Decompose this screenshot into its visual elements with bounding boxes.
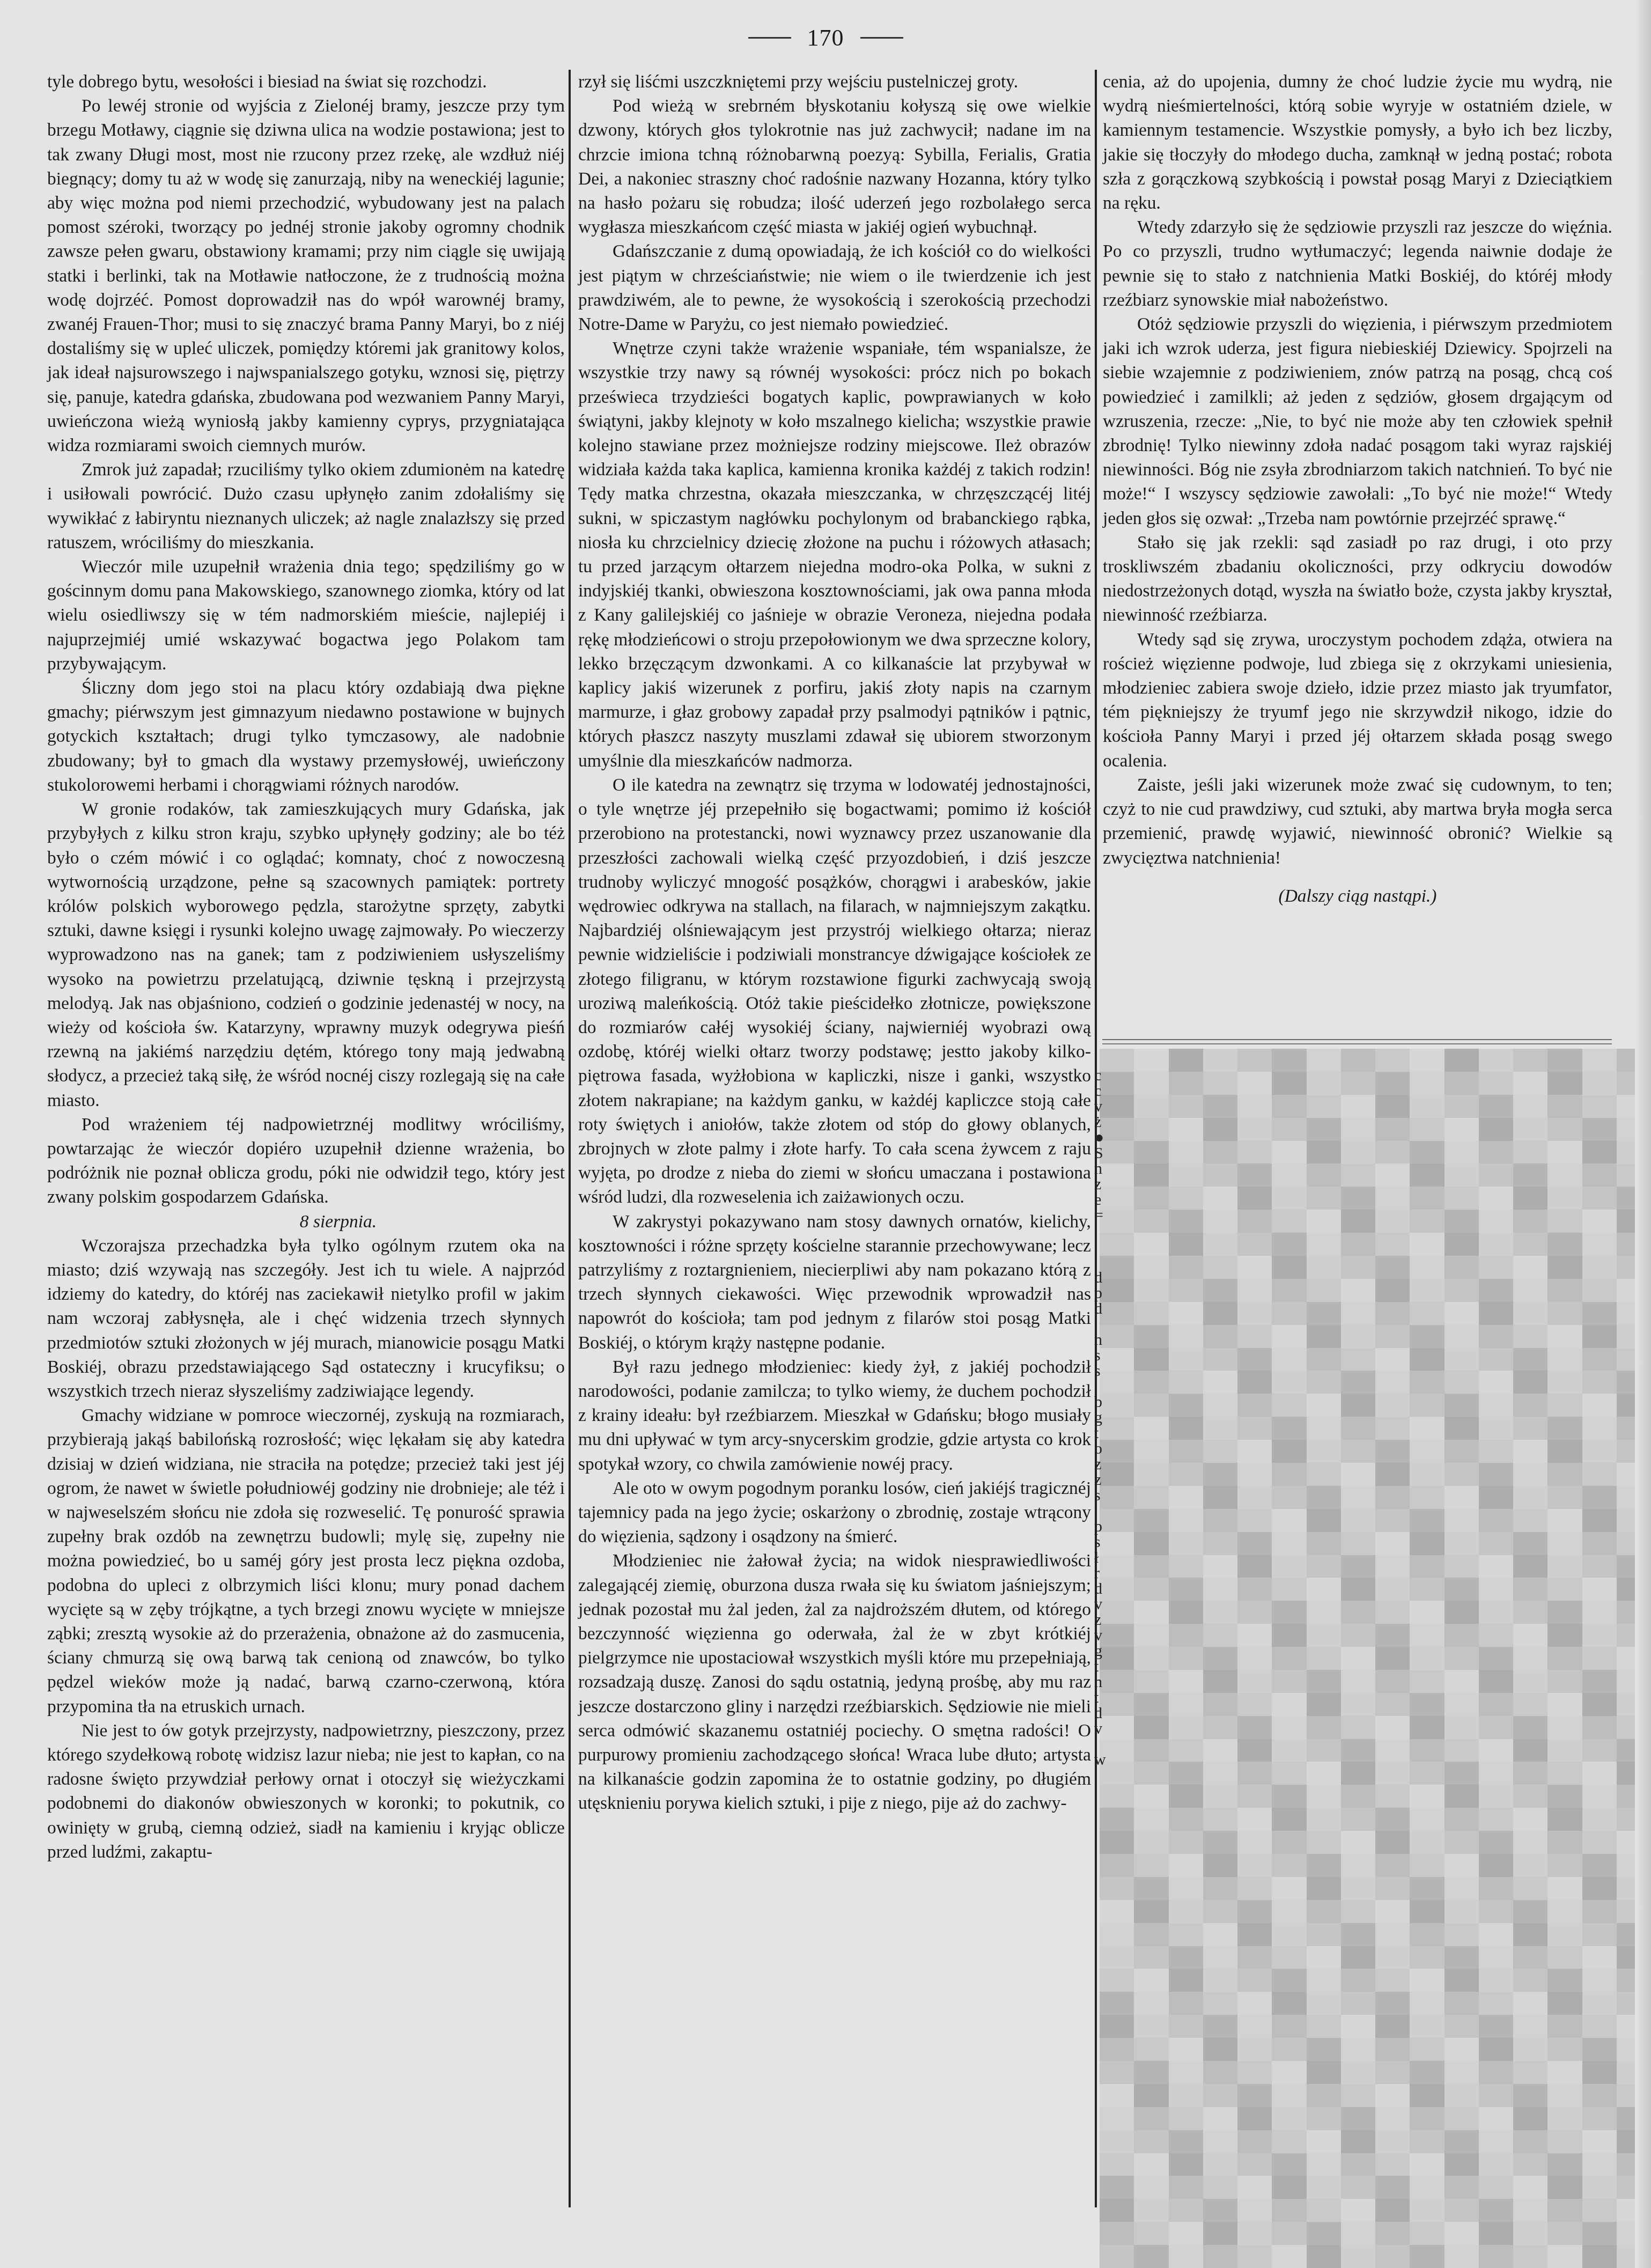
stray-letter: n: [1094, 1332, 1110, 1347]
pixel-cell: [1169, 1647, 1203, 1670]
pixel-cell: [1134, 1854, 1168, 1877]
pixel-cell: [1513, 1394, 1547, 1417]
pixel-cell: [1547, 1394, 1582, 1417]
pixel-cell: [1169, 1555, 1203, 1578]
pixel-cell: [1479, 1118, 1513, 1141]
pixel-cell: [1375, 1808, 1410, 1831]
pixel-cell: [1237, 1509, 1272, 1532]
pixel-cell: [1547, 1164, 1582, 1187]
pixel-cell: [1307, 1762, 1341, 1785]
pixel-cell: [1444, 1785, 1479, 1808]
pixel-cell: [1134, 1739, 1168, 1762]
pixel-cell: [1134, 1992, 1168, 2015]
column-divider-1: [569, 70, 571, 2207]
pixel-cell: [1444, 1302, 1479, 1325]
pixel-cell: [1169, 1670, 1203, 1693]
pixel-cell: [1547, 2176, 1582, 2199]
pixel-cell: [1307, 1877, 1341, 1900]
pixel-cell: [1547, 1325, 1582, 1348]
pixel-cell: [1134, 2084, 1168, 2107]
pixel-cell: [1307, 2061, 1341, 2084]
pixel-cell: [1237, 1187, 1272, 1210]
pixel-cell: [1582, 1532, 1617, 1555]
pixel-cell: [1513, 1279, 1547, 1302]
pixel-cell: [1307, 1141, 1341, 1164]
pixel-cell: [1169, 1716, 1203, 1739]
pixel-cell: [1341, 1992, 1375, 2015]
pixel-cell: [1341, 1440, 1375, 1463]
pixel-cell: [1169, 1624, 1203, 1647]
pixel-cell: [1375, 1670, 1410, 1693]
pixel-cell: [1203, 1486, 1237, 1509]
pixel-cell: [1134, 1578, 1168, 1601]
pixel-cell: [1375, 1371, 1410, 1394]
pixel-cell: [1341, 1233, 1375, 1256]
pixel-cell: [1547, 1808, 1582, 1831]
pixel-cell: [1444, 1509, 1479, 1532]
pixel-cell: [1169, 1578, 1203, 1601]
pixel-cell: [1237, 2084, 1272, 2107]
stray-letter: s: [1094, 1488, 1110, 1503]
pixel-cell: [1237, 1394, 1272, 1417]
pixel-cell: [1375, 1877, 1410, 1900]
pixel-cell: [1237, 1946, 1272, 1969]
pixel-cell: [1134, 1187, 1168, 1210]
pixel-cell: [1203, 1739, 1237, 1762]
pixel-cell: [1203, 1900, 1237, 1923]
pixel-cell: [1100, 2222, 1134, 2245]
pixel-cell: [1375, 2015, 1410, 2038]
pixel-cell: [1479, 1555, 1513, 1578]
pixel-cell: [1169, 1256, 1203, 1279]
pixel-cell: [1479, 2015, 1513, 2038]
pixel-cell: [1203, 1647, 1237, 1670]
pixel-cell: [1134, 1394, 1168, 1417]
pixel-cell: [1375, 1440, 1410, 1463]
pixel-cell: [1479, 2199, 1513, 2222]
pixel-cell: [1444, 1854, 1479, 1877]
pixel-cell: [1410, 1647, 1444, 1670]
pixel-cell: [1272, 1279, 1306, 1302]
stray-letter: [1094, 1223, 1110, 1239]
pixel-cell: [1582, 1739, 1617, 1762]
pixel-cell: [1169, 1877, 1203, 1900]
pixel-cell: [1375, 1302, 1410, 1325]
pixel-cell: [1513, 1647, 1547, 1670]
pixel-cell: [1169, 2015, 1203, 2038]
pixel-cell: [1410, 2015, 1444, 2038]
pixel-cell: [1582, 1141, 1617, 1164]
pixel-cell: [1547, 1670, 1582, 1693]
pixel-cell: [1479, 2245, 1513, 2268]
pixel-cell: [1134, 1900, 1168, 1923]
pixel-cell: [1582, 2153, 1617, 2176]
pixel-cell: [1513, 1325, 1547, 1348]
pixel-cell: [1479, 2084, 1513, 2107]
pixel-cell: [1479, 1670, 1513, 1693]
pixel-cell: [1479, 1486, 1513, 1509]
pixel-cell: [1169, 1486, 1203, 1509]
pixel-cell: [1272, 1325, 1306, 1348]
pixel-cell: [1479, 1900, 1513, 1923]
pixel-cell: [1134, 1049, 1168, 1072]
pixel-cell: [1203, 2084, 1237, 2107]
pixel-cell: [1341, 1187, 1375, 1210]
paragraph: Młodzieniec nie żałował życia; na widok …: [578, 1549, 1091, 1815]
pixel-cell: [1479, 1233, 1513, 1256]
pixel-cell: [1341, 1118, 1375, 1141]
pixel-cell: [1444, 2061, 1479, 2084]
pixel-cell: [1547, 1624, 1582, 1647]
pixel-cell: [1237, 1141, 1272, 1164]
pixel-cell: [1237, 1371, 1272, 1394]
pixel-cell: [1272, 1095, 1306, 1118]
pixel-cell: [1582, 1417, 1617, 1440]
pixel-cell: [1134, 1325, 1168, 1348]
pixel-cell: [1237, 1762, 1272, 1785]
pixel-cell: [1582, 1693, 1617, 1716]
pixel-cell: [1307, 1049, 1341, 1072]
pixel-cell: [1134, 1555, 1168, 1578]
pixel-cell: [1375, 1417, 1410, 1440]
pixel-cell: [1375, 1187, 1410, 1210]
pixel-cell: [1513, 1808, 1547, 1831]
pixel-cell: [1307, 1900, 1341, 1923]
pixel-cell: [1134, 1463, 1168, 1486]
pixel-cell: [1100, 2015, 1134, 2038]
pixel-cell: [1582, 1877, 1617, 1900]
pixel-cell: [1134, 2222, 1168, 2245]
pixel-cell: [1375, 1463, 1410, 1486]
pixel-cell: [1479, 1440, 1513, 1463]
pixel-cell: [1444, 1348, 1479, 1371]
pixel-cell: [1237, 1164, 1272, 1187]
pixel-cell: [1169, 2222, 1203, 2245]
pixel-cell: [1341, 1808, 1375, 1831]
pixel-cell: [1444, 2199, 1479, 2222]
pixel-cell: [1547, 1440, 1582, 1463]
pixel-cell: [1341, 1049, 1375, 1072]
pixel-cell: [1100, 2199, 1134, 2222]
pixel-cell: [1237, 1969, 1272, 1992]
paragraph: Wnętrze czyni także wrażenie wspaniałe, …: [578, 336, 1091, 773]
pixel-cell: [1547, 1923, 1582, 1946]
pixel-cell: [1375, 1831, 1410, 1854]
stray-letter: c: [1094, 1083, 1110, 1099]
pixel-cell: [1479, 1624, 1513, 1647]
pixel-cell: [1513, 1187, 1547, 1210]
paragraph: Śliczny dom jego stoi na placu który ozd…: [47, 676, 565, 797]
pixel-cell: [1169, 1164, 1203, 1187]
pixel-cell: [1341, 2061, 1375, 2084]
pixel-cell: [1272, 1555, 1306, 1578]
pixel-cell: [1272, 1670, 1306, 1693]
pixel-cell: [1134, 2176, 1168, 2199]
pixel-cell: [1341, 2107, 1375, 2130]
pixel-cell: [1444, 1670, 1479, 1693]
pixel-cell: [1203, 1578, 1237, 1601]
pixel-cell: [1134, 1785, 1168, 1808]
pixel-cell: [1444, 1325, 1479, 1348]
pixel-cell: [1203, 1279, 1237, 1302]
pixel-cell: [1375, 1256, 1410, 1279]
pixel-cell: [1203, 1095, 1237, 1118]
pixel-cell: [1479, 1808, 1513, 1831]
pixel-cell: [1547, 2061, 1582, 2084]
pixel-cell: [1341, 1164, 1375, 1187]
pixel-cell: [1341, 1762, 1375, 1785]
pixel-cell: [1547, 1946, 1582, 1969]
pixel-cell: [1307, 1555, 1341, 1578]
paragraph: Ale oto w owym pogodnym poranku losów, c…: [578, 1476, 1091, 1549]
paragraph: Był razu jednego młodzieniec: kiedy żył,…: [578, 1355, 1091, 1476]
pixel-cell: [1307, 1670, 1341, 1693]
pixel-cell: [1582, 1992, 1617, 2015]
pixel-cell: [1272, 1486, 1306, 1509]
pixel-cell: [1582, 1555, 1617, 1578]
pixel-cell: [1100, 1969, 1134, 1992]
pixel-cell: [1582, 1716, 1617, 1739]
pixel-cell: [1272, 1693, 1306, 1716]
pixel-cell: [1169, 1693, 1203, 1716]
pixel-cell: [1479, 1072, 1513, 1095]
pixel-cell: [1479, 1095, 1513, 1118]
header-dash-left: [748, 37, 791, 39]
pixel-cell: [1513, 1624, 1547, 1647]
pixel-cell: [1513, 2061, 1547, 2084]
pixel-cell: [1547, 2084, 1582, 2107]
pixel-cell: [1547, 1233, 1582, 1256]
pixel-cell: [1237, 1256, 1272, 1279]
pixel-cell: [1513, 1578, 1547, 1601]
pixel-cell: [1237, 1417, 1272, 1440]
pixel-cell: [1272, 1233, 1306, 1256]
pixel-cell: [1375, 1716, 1410, 1739]
pixel-cell: [1444, 1808, 1479, 1831]
pixel-cell: [1410, 2176, 1444, 2199]
pixel-cell: [1513, 1210, 1547, 1233]
pixel-cell: [1375, 2176, 1410, 2199]
stray-letter: ł: [1094, 1550, 1110, 1565]
pixel-cell: [1444, 2130, 1479, 2153]
pixel-cell: [1203, 1693, 1237, 1716]
pixel-cell: [1444, 1762, 1479, 1785]
pixel-cell: [1169, 1348, 1203, 1371]
pixel-cell: [1410, 1095, 1444, 1118]
pixel-cell: [1375, 1394, 1410, 1417]
pixel-cell: [1444, 1486, 1479, 1509]
pixel-cell: [1100, 2061, 1134, 2084]
pixel-cell: [1479, 1854, 1513, 1877]
pixel-cell: [1272, 1210, 1306, 1233]
pixel-cell: [1410, 2038, 1444, 2061]
pixel-cell: [1134, 2130, 1168, 2153]
pixel-cell: [1444, 2222, 1479, 2245]
pixel-cell: [1203, 1670, 1237, 1693]
pixel-cell: [1547, 1072, 1582, 1095]
pixel-cell: [1341, 1624, 1375, 1647]
pixel-cell: [1169, 1831, 1203, 1854]
pixel-cell: [1513, 1417, 1547, 1440]
pixel-cell: [1341, 1509, 1375, 1532]
pixel-cell: [1479, 1371, 1513, 1394]
pixel-cell: [1444, 2038, 1479, 2061]
pixel-cell: [1169, 1785, 1203, 1808]
stray-letter: s: [1094, 1347, 1110, 1363]
pixel-cell: [1582, 1670, 1617, 1693]
pixel-cell: [1513, 1831, 1547, 1854]
pixel-cell: [1444, 1233, 1479, 1256]
pixel-cell: [1134, 1164, 1168, 1187]
pixel-cell: [1272, 1900, 1306, 1923]
pixel-cell: [1410, 2245, 1444, 2268]
pixel-cell: [1410, 1923, 1444, 1946]
pixel-cell: [1582, 1118, 1617, 1141]
pixel-cell: [1307, 1095, 1341, 1118]
pixel-cell: [1375, 1118, 1410, 1141]
pixel-cell: [1272, 1417, 1306, 1440]
pixel-cell: [1410, 1716, 1444, 1739]
pixel-cell: [1582, 1808, 1617, 1831]
text-column-2: rzył się liśćmi uszczkniętemi przy wejśc…: [578, 70, 1091, 1816]
pixel-cell: [1444, 1440, 1479, 1463]
article-end-rule: [1102, 1039, 1612, 1044]
pixel-cell: [1272, 1992, 1306, 2015]
pixel-cell: [1272, 1463, 1306, 1486]
pixel-cell: [1341, 1463, 1375, 1486]
pixel-cell: [1513, 1992, 1547, 2015]
pixel-cell: [1582, 2015, 1617, 2038]
pixel-cell: [1513, 2176, 1547, 2199]
pixel-cell: [1341, 1141, 1375, 1164]
pixel-cell: [1410, 1785, 1444, 1808]
pixel-cell: [1272, 1969, 1306, 1992]
stray-letter: z: [1094, 1472, 1110, 1488]
pixel-cell: [1444, 1072, 1479, 1095]
pixel-cell: [1582, 1486, 1617, 1509]
pixel-cell: [1582, 2130, 1617, 2153]
paragraph: W zakrystyi pokazywano nam stosy dawnych…: [578, 1210, 1091, 1355]
pixel-cell: [1444, 1831, 1479, 1854]
pixel-cell: [1169, 1509, 1203, 1532]
pixel-cell: [1479, 1302, 1513, 1325]
pixel-cell: [1100, 1992, 1134, 2015]
pixel-cell: [1547, 1509, 1582, 1532]
pixel-cell: [1582, 2176, 1617, 2199]
pixel-cell: [1272, 1647, 1306, 1670]
stray-letter: d: [1094, 1705, 1110, 1721]
pixel-cell: [1100, 1946, 1134, 1969]
pixel-cell: [1169, 2199, 1203, 2222]
pixel-cell: [1100, 2153, 1134, 2176]
pixel-cell: [1582, 2038, 1617, 2061]
pixel-cell: [1375, 1210, 1410, 1233]
pixel-cell: [1410, 1969, 1444, 1992]
pixel-cell: [1169, 2061, 1203, 2084]
pixel-cell: [1547, 2153, 1582, 2176]
pixel-cell: [1341, 1532, 1375, 1555]
pixel-cell: [1513, 2130, 1547, 2153]
pixel-cell: [1237, 1210, 1272, 1233]
pixel-cell: [1272, 1256, 1306, 1279]
pixel-cell: [1134, 1624, 1168, 1647]
stray-letter: e: [1094, 1192, 1110, 1207]
pixel-cell: [1203, 2153, 1237, 2176]
pixel-cell: [1169, 1532, 1203, 1555]
pixel-cell: [1479, 1348, 1513, 1371]
pixel-cell: [1307, 2015, 1341, 2038]
pixel-cell: [1547, 1969, 1582, 1992]
pixel-cell: [1547, 1187, 1582, 1210]
pixel-cell: [1203, 1877, 1237, 1900]
pixel-cell: [1582, 1187, 1617, 1210]
pixel-cell: [1272, 1509, 1306, 1532]
pixel-cell: [1410, 1325, 1444, 1348]
stray-letter: d: [1094, 1581, 1110, 1596]
pixel-cell: [1444, 2107, 1479, 2130]
pixel-cell: [1341, 1302, 1375, 1325]
pixel-cell: [1444, 1141, 1479, 1164]
pixel-cell: [1272, 1371, 1306, 1394]
stray-letter: z: [1094, 1176, 1110, 1192]
pixel-cell: [1169, 2245, 1203, 2268]
pixel-cell: [1307, 1164, 1341, 1187]
pixel-cell: [1307, 1417, 1341, 1440]
pixel-cell: [1410, 1141, 1444, 1164]
pixel-cell: [1203, 2038, 1237, 2061]
pixel-cell: [1307, 1923, 1341, 1946]
pixel-cell: [1272, 2015, 1306, 2038]
pixel-cell: [1341, 1670, 1375, 1693]
pixel-cell: [1203, 1141, 1237, 1164]
pixel-cell: [1307, 1486, 1341, 1509]
pixel-cell: [1410, 1256, 1444, 1279]
stray-letter: r: [1094, 1565, 1110, 1581]
paragraph: tyle dobrego bytu, wesołości i biesiad n…: [47, 70, 565, 94]
pixel-cell: [1237, 2130, 1272, 2153]
pixel-cell: [1237, 2061, 1272, 2084]
pixel-cell: [1272, 2245, 1306, 2268]
stray-letter: v: [1094, 1628, 1110, 1643]
pixel-cell: [1410, 1578, 1444, 1601]
pixel-cell: [1582, 1440, 1617, 1463]
pixel-cell: [1479, 1693, 1513, 1716]
pixel-cell: [1169, 2153, 1203, 2176]
pixel-cell: [1444, 1049, 1479, 1072]
pixel-cell: [1513, 1601, 1547, 1624]
pixel-cell: [1237, 2153, 1272, 2176]
pixel-cell: [1100, 2038, 1134, 2061]
pixel-cell: [1169, 1601, 1203, 1624]
pixel-cell: [1237, 2015, 1272, 2038]
pixel-cell: [1237, 1463, 1272, 1486]
pixel-cell: [1479, 1877, 1513, 1900]
pixel-cell: [1513, 1256, 1547, 1279]
pixel-cell: [1513, 1164, 1547, 1187]
pixel-cell: [1134, 2245, 1168, 2268]
pixel-cell: [1341, 1923, 1375, 1946]
pixel-cell: [1203, 1532, 1237, 1555]
pixel-cell: [1134, 1923, 1168, 1946]
pixel-cell: [1375, 1647, 1410, 1670]
pixel-cell: [1513, 1486, 1547, 1509]
pixel-cell: [1203, 1210, 1237, 1233]
stray-letter: d: [1094, 1301, 1110, 1316]
pixel-cell: [1582, 1463, 1617, 1486]
pixel-cell: [1341, 1578, 1375, 1601]
stray-letter: w: [1094, 1752, 1110, 1768]
stray-letter: n: [1094, 1161, 1110, 1176]
